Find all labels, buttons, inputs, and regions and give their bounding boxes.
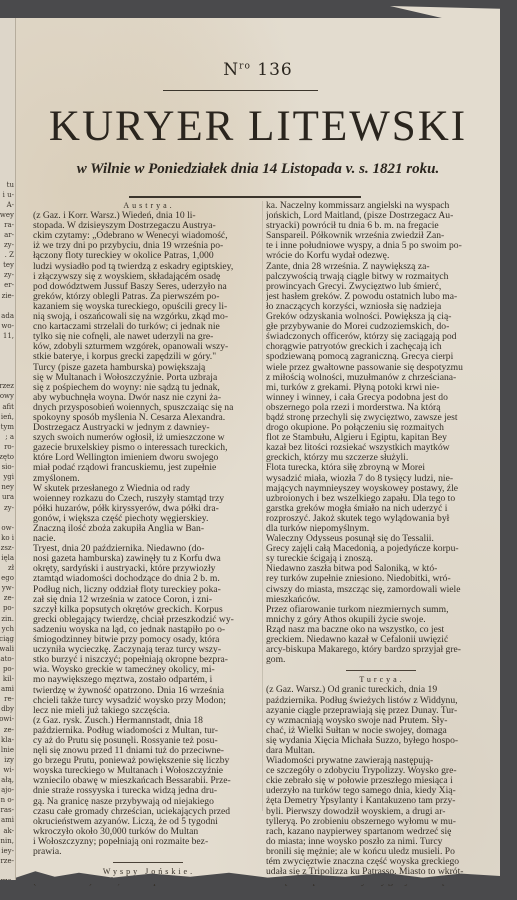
text-line: (z Gaz. rysk. Zusch.) Hermannstadt, dnia… [33,716,265,726]
text-line: nią swoją, i oszańcowali się na wzgórku,… [33,312,265,322]
adjacent-text-fragment [0,866,14,876]
text-line: Flota turecka, która siłę zbroyną w More… [266,463,498,473]
issue-number: Nro 136 [16,60,500,80]
text-line: które Lord Wellington imieniem dworu swo… [33,453,265,463]
adjacent-text-fragment: afit [0,402,14,412]
scan-background-right [500,10,517,900]
adjacent-text-fragment: ney [0,482,14,492]
text-line: winney i winney, i cała Grecya podobna j… [266,393,498,403]
adjacent-text-fragment [0,48,14,58]
adjacent-text-fragment: . Z [0,250,14,260]
text-line: kazał bez litości rozsiekać wszystkich m… [266,443,498,453]
text-line: woienney rozkazu do Czech, ruszyły stamt… [33,494,265,504]
newspaper-title: KURYER LITEWSKI [16,102,500,151]
text-line: się w Multanach i Wołoszczyźnie. Porta u… [33,373,265,383]
text-line: gom. [266,655,498,665]
adjacent-text-fragment [0,58,14,68]
text-line: mo naywiększego męztwa, zostało odpartém… [33,675,265,685]
text-line: Dostrzegacz Austryacki w jednym z dawnie… [33,423,265,433]
text-line: wkroczyło około 30,000 turków do Multan [33,827,265,837]
text-line: chorągwie patryotów greckich i zachęcają… [266,342,498,352]
adjacent-text-fragment: ra- [0,220,14,230]
text-line: grecki oblegający twierdzę, chciał przes… [33,615,265,625]
adjacent-text-fragment: sio- [0,462,14,472]
text-line: Grecy zajęli całą Macedonią, a pojedyńcz… [266,544,498,554]
adjacent-text-fragment: owi- [0,714,14,724]
text-line: dnie straże rossyyska i turecka widzą je… [33,786,265,796]
text-line: go brzegu Prutu, ponieważ powiększenie s… [33,756,265,766]
masthead-rule-short [163,90,318,91]
text-line: gonów, i większa część piechoty węgiersk… [33,514,265,524]
adjacent-text-fragment: ko i [0,533,14,543]
adjacent-text-fragment: ak- [0,826,14,836]
text-line: tylleryą. Po zrobieniu obszernego wyłomu… [266,817,498,827]
text-line: byli. Pierwszy dowodził woyskiem, a drug… [266,807,498,817]
adjacent-text-fragment [0,139,14,149]
adjacent-text-fragment [0,169,14,179]
text-line: woyska tureckiego w Multanach i Wołoszcz… [33,766,265,776]
section-divider [33,857,265,867]
text-line: stopada. W dzisieyszym Dostrzegaczu Aust… [33,221,265,231]
text-line: dnych przysposobień woiennych, spuszczai… [33,403,265,413]
text-line: rach, kazano naypierwey spartanom wedrze… [266,827,498,837]
text-line: azyanie ciągle przeprawiają się przez Du… [266,706,498,716]
adjacent-text-fragment: zy- [0,240,14,250]
section-divider [266,665,498,675]
text-line: uzbroionych i bez wszelkiego zapału. Dla… [266,494,498,504]
text-line: Greków odzyskania wolności. Powiększa ją… [266,312,498,322]
adjacent-text-fragment [0,149,14,159]
text-line: Sanspareil. Półkownik września zwiedził … [266,231,498,241]
text-line: iż we trzy dni po przybyciu, dnia 19 wrz… [33,241,265,251]
text-line: chcieli także turcy wysadzić woysko przy… [33,696,265,706]
adjacent-text-fragment [0,68,14,78]
text-line: wzniecilo obawę w mieszkańcach Bessarabi… [33,776,265,786]
text-line: Turcy (pisze gazeta hamburska) powiększa… [33,363,265,373]
adjacent-text-fragment: ięla [0,553,14,563]
text-line: zmyślonem. [33,474,265,484]
adjacent-text-fragment: rzez [0,381,14,391]
adjacent-text-fragment: yw- [0,583,14,593]
adjacent-text-fragment: nin, [0,836,14,846]
text-line: greckich, którzy mu szczerze służyli. [266,453,498,463]
adjacent-text-fragment [0,371,14,381]
adjacent-text-fragment [0,18,14,28]
text-line: października. Podług wiadomości z Multan… [33,726,265,736]
text-line: rozproszyć. Jakoż skutek tego wylądowani… [266,514,498,524]
text-line: ckim czytamy: „Odebrano w Wenecyi wiadom… [33,231,265,241]
adjacent-text-fragment: wo- [0,321,14,331]
text-line: czasu całe gromady chrześcian, uciekając… [33,807,265,817]
text-line: obszernego pola rzezi i morderstwa. Na k… [266,403,498,413]
text-line: jońskich, Lord Maitland, (pisze Dostrzeg… [266,211,498,221]
text-line: cno kartaczami strzelali do turków; ci j… [33,322,265,332]
adjacent-text-fragment: tey [0,260,14,270]
text-line: Zante, dnia 28 września. Z naywiększą za… [266,262,498,272]
adjacent-text-fragment: zie- [0,291,14,301]
text-line: spodziewaną pomocą zagraniczną. Grecya c… [266,352,498,362]
text-line: wiele przez gwałtowne passowanie się des… [266,363,498,373]
adjacent-text-fragment: ze- [0,725,14,735]
text-line: uczyniła wycieczkę. Zaczynają teraz turc… [33,645,265,655]
text-line: (z Gaz. Warsz.) Od granic tureckich, dni… [266,685,498,695]
adjacent-text-fragment: ień, [0,412,14,422]
text-line: twierdzę w żywność opatrzono. Dnia 16 wr… [33,686,265,696]
adjacent-text-fragment: lnie [0,745,14,755]
text-line: głe przybywanie do Morei cudzoziemskich,… [266,322,498,332]
adjacent-text-fragment: ałą, [0,775,14,785]
text-line: ce się także podda. Zdobywszy grecy twie… [266,877,498,887]
text-line: arcy-biskupa Makarego, który bardzo sprz… [266,645,498,655]
text-line: śmiogodzinney bitwie przy pomocy osady, … [33,635,265,645]
text-line: rey turków zupełnie zniesiono. Niedobitk… [266,574,498,584]
text-line: jest hasłem greków. Z powodu ostatnich l… [266,292,498,302]
text-line: tém zwycięztwie znaczna część woyska gre… [266,857,498,867]
text-line: Tryest, dnia 20 października. Niedawno (… [33,544,265,554]
text-line: mnichy z góry Athos okupili życie swoje. [266,615,498,625]
text-line: gą. Na granicę nasze przybywają od nieja… [33,797,265,807]
text-line: drogo okupione. Po połączeniu się rozmai… [266,423,498,433]
text-line: żęta Demetry Ypsylanty i Kantakuzeno tam… [266,796,498,806]
text-line: i złączywszy się z woyskiem, składającém… [33,272,265,282]
adjacent-text-fragment: ada [0,311,14,321]
adjacent-text-fragment: ami [0,815,14,825]
text-line: Rząd nasz ma baczne oko na wszystko, co … [266,625,498,635]
text-line: sy tureckie ścigają i znoszą. [266,554,498,564]
text-line: aby wybuchnęła woyna. Dwór nasz nie czyn… [33,393,265,403]
text-line: cy wzmacniają woysko swoje nad Prutem. S… [266,716,498,726]
section-heading: Turcya. [266,675,498,685]
adjacent-text-fragment: po- [0,664,14,674]
adjacent-text-fragment: wey [0,210,14,220]
text-line: zał się dnia 12 września w zatoce Coron,… [33,595,265,605]
text-line: palczywością trwają ciągle bitwy w rozma… [266,272,498,282]
text-line: nosi gazeta hamburska) zawinęły tu z Kor… [33,554,265,564]
text-line: ludzi wysiadło pod tą twierdzą z eskadry… [33,262,265,272]
adjacent-text-fragment [0,79,14,89]
adjacent-text-fragment: i u- [0,190,14,200]
text-line: nacie. [33,534,265,544]
adjacent-text-fragment [0,361,14,371]
adjacent-text-fragment: dby [0,704,14,714]
adjacent-text-fragment: ze- [0,593,14,603]
adjacent-text-fragment: owy [0,391,14,401]
adjacent-text-fragment: tym [0,422,14,432]
text-line: lecz nie mieli już takiego szczęścia. [33,706,265,716]
adjacent-text-fragment: zł [0,563,14,573]
text-line: ło znaczących korzyści, wzniosła się nad… [266,302,498,312]
adjacent-text-fragment: ami [0,684,14,694]
text-line: greków, którzy oblegli Patras. Za pierws… [33,292,265,302]
adjacent-text-fragment: wi- [0,765,14,775]
text-line: mieszkańców. [266,595,498,605]
adjacent-text-fragment: kil- [0,674,14,684]
text-line: stkie baterye, i korpus grecki zapędzili… [33,352,265,362]
section-heading: Wyspy Jońskie. [33,867,265,877]
adjacent-text-fragment: ras- [0,805,14,815]
adjacent-text-fragment: ro- [0,442,14,452]
text-line: bądź stronę przechyli się zwycięztwo, za… [266,413,498,423]
text-line: się wydania Xięcia Michała Suzzo, byłego… [266,736,498,746]
text-line: do miasta; inne woysko poszło za nimi. T… [266,837,498,847]
text-line: ków, zdobyli szturmem wzgórek, opanowali… [33,342,265,352]
text-line: bronili się mężnie; ale w końcu uledz mu… [266,847,498,857]
text-line: stko burzyć i niszczyć; popełniają okrop… [33,655,265,665]
adjacent-text-fragment: ; a [0,432,14,442]
adjacent-text-fragment [0,109,14,119]
text-line: kazaniem się woyska tureckiego, opuścili… [33,302,265,312]
text-line: Waleczny Odysseus posunął się do Tessali… [266,534,498,544]
adjacent-text-fragment: ar- [0,230,14,240]
adjacent-text-fragment: ow- [0,523,14,533]
text-line: prowincyach Grecyi. Zwycięztwo lub śmier… [266,282,498,292]
adjacent-text-fragment: wali [0,644,14,654]
text-line: wysadzić miała, wiozła 7 do 8 tysięcy lu… [266,474,498,484]
issue-number-value: 136 [257,60,292,80]
adjacent-text-fragment: kla- [0,735,14,745]
adjacent-text-fragment: zy- [0,503,14,513]
text-line: Znaczną ilość zboża zakupiła Anglia w Ba… [33,524,265,534]
text-line: nęli się znowu przed 11 dniami tuż do pr… [33,746,265,756]
adjacent-text-fragment: tu [0,180,14,190]
text-line: półki huzarów, półk kiryssyerów, dwa pół… [33,504,265,514]
adjacent-text-fragment: n o- [0,795,14,805]
text-line: z miłością wolności, muzułmanów z chrześ… [266,373,498,383]
text-line: Niedawno zaszła bitwa pod Saloniką, w kt… [266,564,498,574]
text-line: miał podać rządowi francuskiemu, jest zu… [33,463,265,473]
adjacent-text-fragment [0,119,14,129]
text-line: udała się z Tripolizza ku Patrasso. Mias… [266,867,498,877]
adjacent-text-fragment [0,351,14,361]
adjacent-text-fragment [0,89,14,99]
text-line: mi, turków z grekami. Płyną potoki krwi … [266,383,498,393]
adjacent-page-text: tui u-A-weyra-ar-zy-. Zteyzy-er-zie-adaw… [0,18,14,880]
adjacent-text-fragment [0,38,14,48]
adjacent-text-fragment [0,28,14,38]
text-line: się z pośpiechem do woyny: nie sądzą tu … [33,383,265,393]
text-line: ka. Naczelny kommissarz angielski na wys… [266,201,498,211]
text-line: uderzyło na turków tego samego dnia, kie… [266,786,498,796]
text-line: stryacki) powrócił tu dnia 6 b. m. na fr… [266,221,498,231]
text-line: spokoyny sposób myślenia N. Cesarza Alex… [33,413,265,423]
masthead-rule-long [129,196,361,198]
adjacent-text-fragment: ego [0,573,14,583]
adjacent-text-fragment [0,159,14,169]
newspaper-page: Nro 136 KURYER LITEWSKI w Wilnie w Ponie… [16,18,500,880]
text-line: (z Gaz. Warsz.) Korfu, dnia 10 paździer … [33,877,265,887]
section-heading: Austrya. [33,201,265,211]
dateline: w Wilnie w Poniedziałek dnia 14 Listopad… [16,161,500,178]
text-line: dara Multan. [266,746,498,756]
text-line: Wiadomości prywatne zawierają następują- [266,756,498,766]
adjacent-text-fragment: izy [0,755,14,765]
adjacent-text-fragment: ato- [0,654,14,664]
text-line: flot ze Stambułu, Algieru i Egiptu, kapi… [266,433,498,443]
text-line: Przez ofiarowanie turkom niezmiernych su… [266,605,498,615]
text-line: świadczonych officerów, którzy się zacią… [266,332,498,342]
adjacent-text-fragment: zin. [0,614,14,624]
text-line: okręty, sardyński i austryacki, które pr… [33,564,265,574]
adjacent-text-fragment: ajo- [0,785,14,795]
text-line: ckie zebrało się w połowie przeszłego mi… [266,776,498,786]
adjacent-text-fragment: A- [0,200,14,210]
issue-number-prefix: N [223,60,239,80]
adjacent-text-fragment [0,99,14,109]
adjacent-text-fragment [0,129,14,139]
adjacent-text-fragment [0,513,14,523]
left-column: Austrya.(z Gaz. i Korr. Warsz.) Wiedeń, … [33,201,265,887]
text-line: wrócie do Korfu wydał odezwę. [266,251,498,261]
adjacent-text-fragment: ygi [0,472,14,482]
text-line: szych swoich numerów ogłosił, iż umieszc… [33,433,265,443]
adjacent-text-fragment: iey- [0,846,14,856]
adjacent-text-fragment: zy- [0,270,14,280]
text-line: (z Gaz. i Korr. Warsz.) Wiedeń, dnia 10 … [33,211,265,221]
text-line: W skutek przesłanego z Wiednia od rady [33,484,265,494]
adjacent-text-fragment: po- [0,603,14,613]
adjacent-text-fragment [0,301,14,311]
text-line: pod dowództwem Jussuf Baszy Seres, uderz… [33,282,265,292]
text-line: i Wołoszczyzny; popełniają oni rozmaite … [33,837,265,847]
adjacent-text-fragment: ciąg [0,634,14,644]
adjacent-text-fragment: er- [0,280,14,290]
column-gutter [262,201,263,811]
adjacent-text-fragment: ych [0,624,14,634]
text-line: ztamtąd wiadomości dochodzące do dnia 2 … [33,574,265,584]
adjacent-text-fragment: re- [0,694,14,704]
text-line: sadzeniu woyska na ląd, co jednak nastąp… [33,625,265,635]
right-column: ka. Naczelny kommissarz angielski na wys… [266,201,498,887]
text-line: dla turków niepomyślnym. [266,524,498,534]
text-line: ciwszy do miasta, mszcząc się, zamordowa… [266,585,498,595]
text-line: łączony floty tureckiey w okolice Patras… [33,251,265,261]
adjacent-text-fragment: rze- [0,876,14,880]
adjacent-text-fragment [0,341,14,351]
text-line: października. Podług świeżych listów z W… [266,696,498,706]
text-line: greckiem. Niedawno kazał w Cefalonii uwi… [266,635,498,645]
issue-number-sup: ro [239,61,251,71]
text-line: tylko się nie cofnęli, ale nawet uderzyl… [33,332,265,342]
adjacent-page-strip: tui u-A-weyra-ar-zy-. Zteyzy-er-zie-adaw… [0,18,16,880]
text-line: gazecie bruxelskiey pismo o interessach … [33,443,265,453]
adjacent-text-fragment: zęto [0,452,14,462]
text-line: te i inne południowe wyspy, a dnia 5 po … [266,241,498,251]
text-line: okrucieństwem azyanów. Liczą, że od 5 ty… [33,817,265,827]
text-line: ce szczegóły o zdobyciu Trypolizzy. Woys… [266,766,498,776]
text-line: mających naymnieyszey woyskowey postawy,… [266,484,498,494]
adjacent-text-fragment: rze- [0,856,14,866]
text-line: prawia. [33,847,265,857]
text-line: Podług nich, liczny oddział floty tureck… [33,585,265,595]
adjacent-text-fragment: ura [0,492,14,502]
text-line: wia. Woysko greckie w tamecżney okolicy,… [33,665,265,675]
text-line: chać, iż Wielki Sułtan w nocie swojey, d… [266,726,498,736]
adjacent-text-fragment: zsz- [0,543,14,553]
text-line: szczył kilka popsutych okrętów greckich.… [33,605,265,615]
text-line: cy aż do Prutu się posunęli. Rossyanie t… [33,736,265,746]
text-line: garstka greków mogła śmiało na nich uder… [266,504,498,514]
adjacent-text-fragment: 11, [0,331,14,341]
